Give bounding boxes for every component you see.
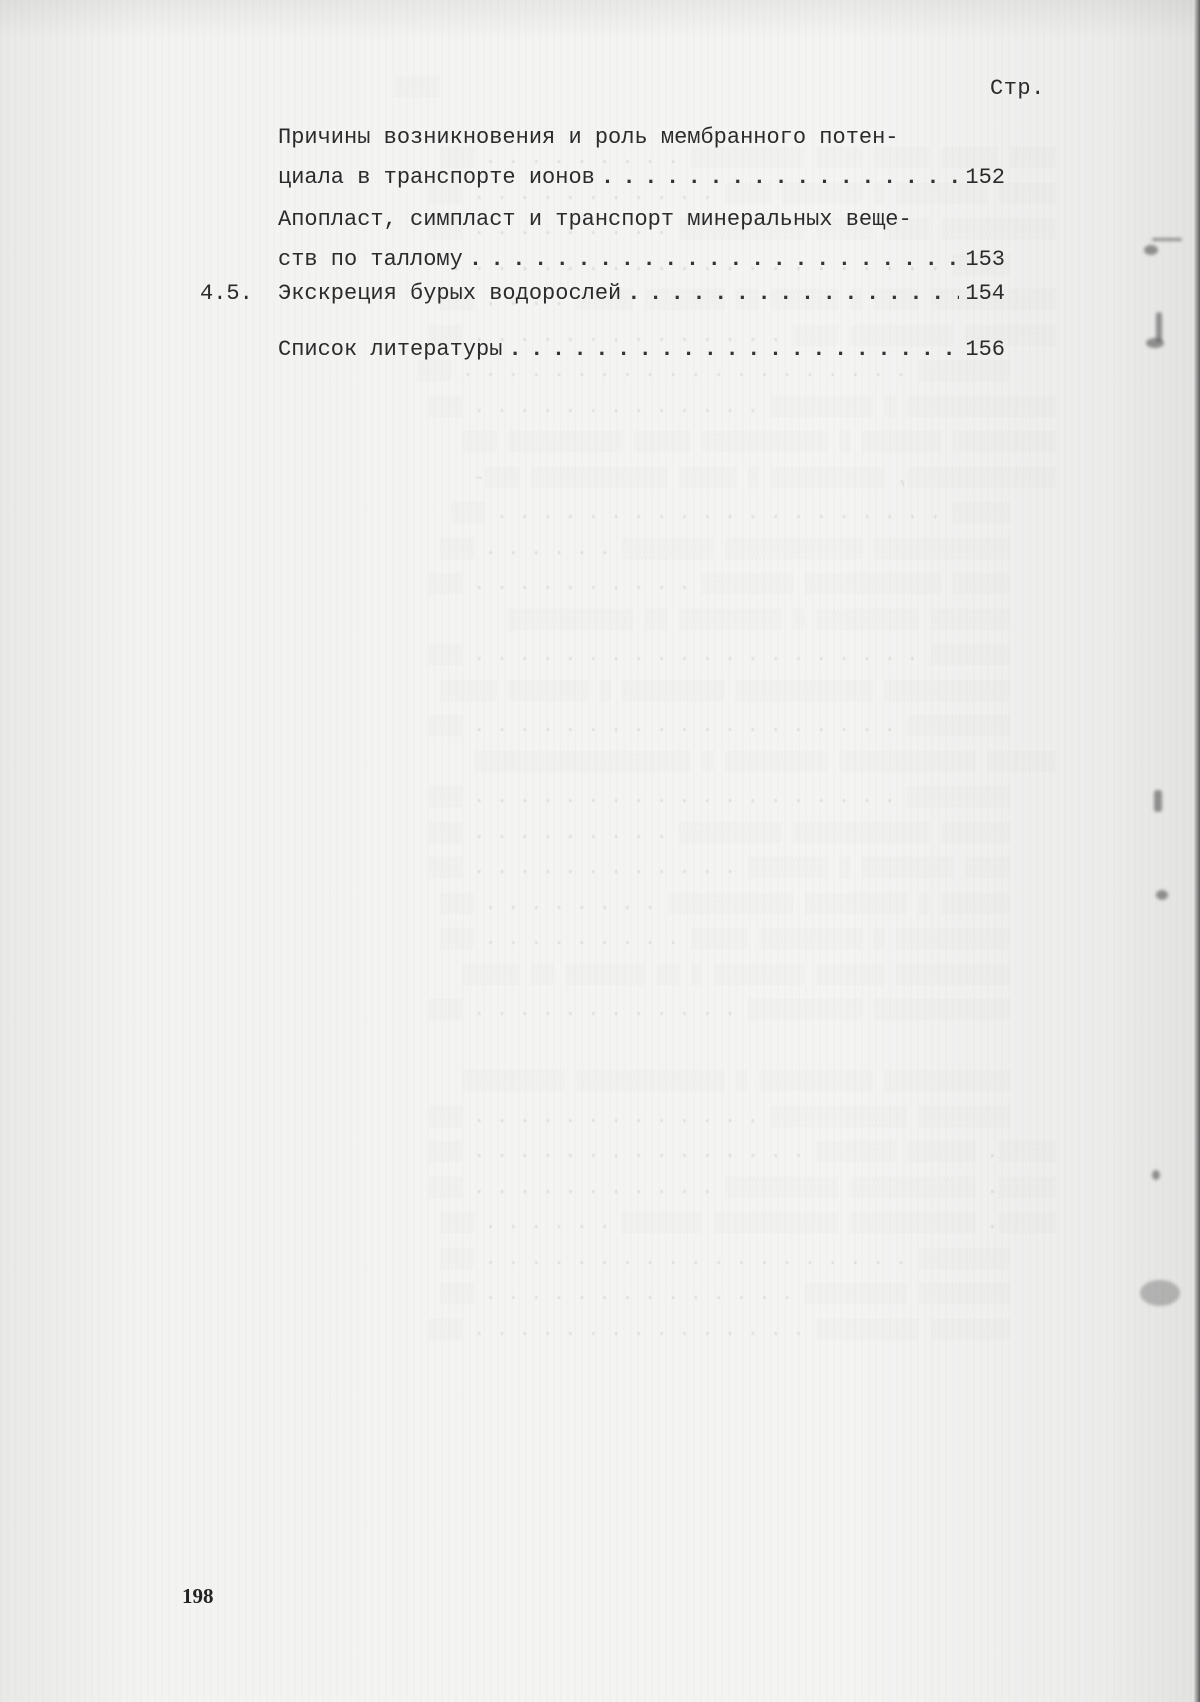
toc-entry: 4.5. Экскреция бурых водорослей ........… — [200, 274, 1005, 314]
scan-blemish — [1152, 1170, 1160, 1180]
toc-entry-title: Экскреция бурых водорослей — [278, 274, 621, 314]
scan-blemish — [1152, 238, 1182, 241]
toc-page-number: 154 — [965, 274, 1005, 314]
toc-entry-title: Список литературы — [278, 330, 502, 370]
toc-entry-line: Список литературы ......................… — [200, 330, 1005, 370]
toc-entry: Список литературы ......................… — [200, 330, 1005, 370]
page-column-header: Стр. — [990, 76, 1045, 101]
toc-entry-line: циала в транспорте ионов ...............… — [200, 158, 1005, 198]
toc-entry-title: Апопласт, симпласт и транспорт минеральн… — [278, 200, 912, 240]
scan-shadow — [0, 0, 1200, 40]
dot-leader: ........................................… — [508, 330, 959, 370]
toc-entry-line: 4.5. Экскреция бурых водорослей ........… — [200, 274, 1005, 314]
toc-entry-title: Причины возникновения и роль мембранного… — [278, 118, 899, 158]
scan-blemish — [1156, 890, 1168, 900]
toc-page-number: 156 — [965, 330, 1005, 370]
page-binding-edge — [1194, 0, 1200, 1702]
scan-blemish — [1140, 1280, 1180, 1306]
toc-entry-title: циала в транспорте ионов — [278, 158, 595, 198]
scan-blemish — [1146, 338, 1164, 348]
toc-page-number: 152 — [965, 158, 1005, 198]
toc-entry-line: Причины возникновения и роль мембранного… — [200, 118, 1005, 158]
toc-entry-line: Апопласт, симпласт и транспорт минеральн… — [200, 200, 1005, 240]
dot-leader: ........................................… — [627, 274, 959, 314]
dot-leader: ........................................… — [601, 158, 960, 198]
page-number: 198 — [182, 1584, 214, 1609]
toc-entry: Апопласт, симпласт и транспорт минеральн… — [200, 200, 1005, 280]
scan-blemish — [1154, 790, 1162, 812]
scan-blemish — [1144, 245, 1158, 255]
toc-entry: Причины возникновения и роль мембранного… — [200, 118, 1005, 198]
toc-section-number: 4.5. — [200, 274, 278, 314]
